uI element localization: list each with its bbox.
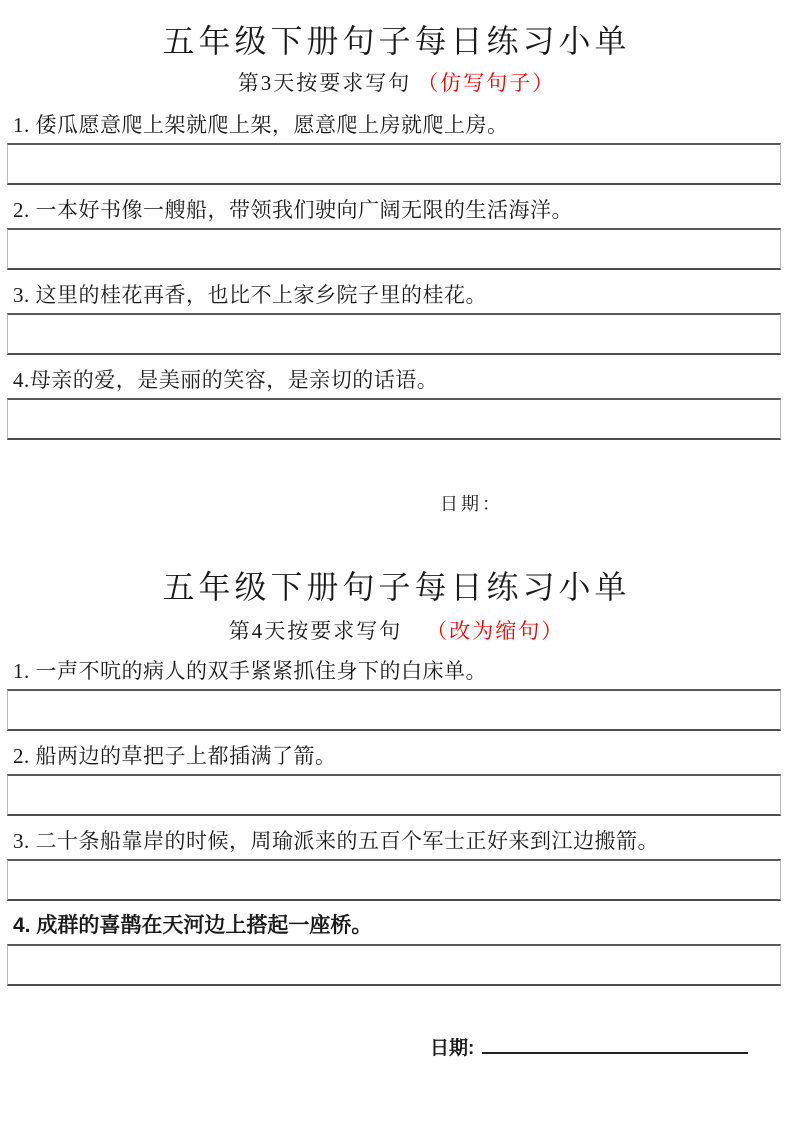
answer-box-4[interactable] [7, 944, 781, 986]
section-subtitle: 第3天按要求写句（仿写句子） [0, 70, 793, 96]
worksheet-section-day3: 五年级下册句子每日练习小单 第3天按要求写句（仿写句子） 1. 倭瓜愿意爬上架就… [0, 0, 793, 516]
subtitle-task-type: （改为缩句） [426, 619, 564, 643]
date-label: 日期: [430, 1038, 474, 1059]
question-1-text: 1. 一声不吭的病人的双手紧紧抓住身下的白床单。 [13, 658, 783, 684]
question-4-text: 4.母亲的爱，是美丽的笑容，是亲切的话语。 [13, 367, 783, 393]
answer-box-3[interactable] [7, 313, 781, 355]
date-fill-line[interactable] [482, 1034, 748, 1054]
question-1-text: 1. 倭瓜愿意爬上架就爬上架，愿意爬上房就爬上房。 [13, 112, 783, 138]
worksheet-page: 五年级下册句子每日练习小单 第3天按要求写句（仿写句子） 1. 倭瓜愿意爬上架就… [0, 0, 793, 1122]
date-label: 日期： [440, 494, 503, 514]
question-2-text: 2. 船两边的草把子上都插满了箭。 [13, 743, 783, 769]
answer-box-2[interactable] [7, 774, 781, 816]
answer-box-4[interactable] [7, 398, 781, 440]
question-3-text: 3. 这里的桂花再香，也比不上家乡院子里的桂花。 [13, 282, 783, 308]
question-3-text: 3. 二十条船靠岸的时候，周瑜派来的五百个军士正好来到江边搬箭。 [13, 828, 783, 854]
date-row: 日期： [440, 492, 793, 516]
subtitle-text: 第3天按要求写句 [238, 71, 412, 95]
subtitle-task-type: （仿写句子） [417, 71, 555, 95]
section-subtitle: 第4天按要求写句（改为缩句） [0, 618, 793, 644]
question-2-text: 2. 一本好书像一艘船，带领我们驶向广阔无限的生活海洋。 [13, 197, 783, 223]
answer-box-2[interactable] [7, 228, 781, 270]
answer-box-1[interactable] [7, 689, 781, 731]
subtitle-text: 第4天按要求写句 [229, 619, 403, 643]
answer-box-3[interactable] [7, 859, 781, 901]
section-title: 五年级下册句子每日练习小单 [0, 0, 793, 60]
question-4-text: 4. 成群的喜鹊在天河边上搭起一座桥。 [13, 913, 783, 939]
worksheet-section-day4: 五年级下册句子每日练习小单 第4天按要求写句（改为缩句） 1. 一声不吭的病人的… [0, 516, 793, 1061]
section-title: 五年级下册句子每日练习小单 [0, 516, 793, 606]
date-row: 日期: [430, 1034, 793, 1061]
answer-box-1[interactable] [7, 143, 781, 185]
